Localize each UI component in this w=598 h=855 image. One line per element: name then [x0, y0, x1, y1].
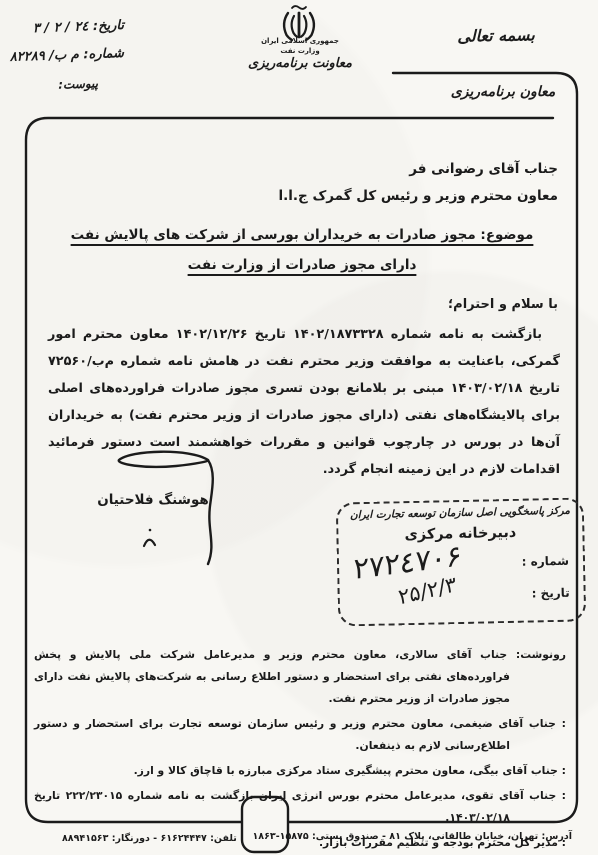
footer-phone: تلفن: ۶۱۶۲۴۴۴۷ - دورنگار: ۸۸۹۴۱۵۶۳	[62, 833, 237, 844]
date-label: تاریخ:	[93, 18, 125, 34]
subject-block: موضوع: مجوز صادرات به خریداران بورسی از …	[26, 220, 578, 280]
recipient-block: جناب آقای رضوانی فر معاون محترم وزیر و ر…	[279, 156, 558, 210]
bismillah: بسمه تعالی	[436, 25, 556, 46]
cc-list: رونوشت: جناب آقای سالاری، معاون محترم وز…	[34, 644, 566, 855]
cc-item: : جناب آقای بیگی، معاون محترم پیشگیری ست…	[34, 760, 566, 782]
number-value: م ب/ ٨٢٢٨٩	[10, 48, 79, 65]
subject-line-2: دارای مجوز صادرات از وزارت نفت	[188, 257, 417, 273]
number-label: شماره:	[83, 46, 124, 62]
signature-name: هوشنگ فلاحتیان	[96, 492, 210, 508]
cc-item: رونوشت: جناب آقای سالاری، معاون محترم وز…	[34, 644, 566, 710]
scanned-letter-page: جمهوری اسلامی ایران وزارت نفت معاونت برن…	[0, 0, 598, 855]
stamp-date-label: تاریخ :	[531, 586, 569, 601]
salutation: با سلام و احترام؛	[448, 297, 558, 312]
subject-line-1: موضوع: مجوز صادرات به خریداران بورسی از …	[71, 227, 534, 243]
footer-address: آدرس: تهران، خیابان طالقانی، پلاک ۸۱ - ص…	[253, 831, 573, 842]
stamp-org-line: مرکز پاسخگویی اصل سازمان توسعه تجارت ایر…	[344, 505, 576, 522]
recipient-title: معاون محترم وزیر و رئیس کل گمرک ج.ا.ا	[279, 183, 558, 210]
deputy-tab-title: معاون برنامه‌ریزی	[438, 84, 568, 100]
cc-item: : جناب آقای ضیغمی، معاون محترم وزیر و رئ…	[34, 713, 566, 757]
signature-scribble	[92, 446, 234, 571]
date-value: ٢٤ / ٢ / ٣	[33, 19, 89, 36]
cc-item: : جناب آقای تقوی، مدیرعامل محترم بورس ان…	[34, 785, 566, 829]
letterhead-ministry: وزارت نفت	[220, 47, 380, 55]
letterhead-deputy-office: معاونت برنامه‌ریزی	[220, 56, 380, 71]
recipient-name: جناب آقای رضوانی فر	[279, 156, 558, 183]
attachment-label: پیوست:	[58, 76, 98, 91]
registry-stamp: مرکز پاسخگویی اصل سازمان توسعه تجارت ایر…	[336, 497, 587, 626]
stamp-number-label: شماره :	[522, 554, 570, 569]
letterhead-republic: جمهوری اسلامی ایران	[220, 37, 380, 45]
